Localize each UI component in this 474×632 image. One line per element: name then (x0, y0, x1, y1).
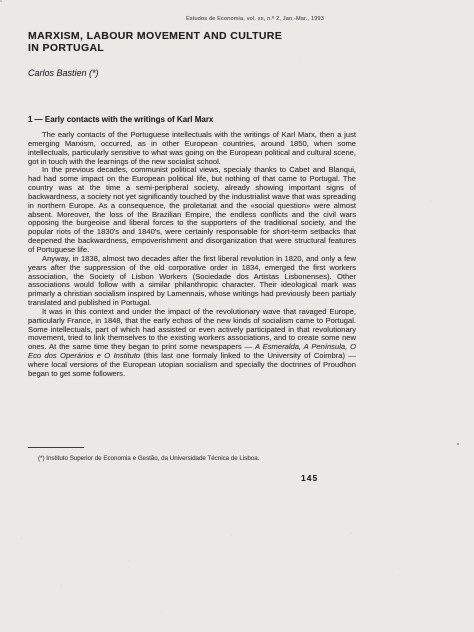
paragraph-text: In the previous decades, communist polit… (28, 165, 356, 254)
article-title-line-2: IN PORTUGAL (28, 43, 368, 55)
author-byline: Carlos Bastien (*) (28, 68, 99, 78)
paragraph-text: Anyway, in 1838, almost two decades afte… (28, 254, 356, 307)
section-heading: 1 — Early contacts with the writings of … (28, 115, 368, 124)
paragraph: It was in this context and under the imp… (28, 308, 356, 379)
footnote: (*) Instituto Superior de Economia e Ges… (38, 455, 348, 462)
footnote-rule (28, 447, 84, 448)
paragraph: In the previous decades, communist polit… (28, 166, 356, 254)
paragraph-text: The early contacts of the Portuguese int… (28, 130, 356, 166)
paper-page: Estudos de Economia, vol. xx, n.º 2, Jan… (0, 0, 474, 632)
scan-speckle (0, 0, 2, 2)
article-title-line-1: MARXISM, LABOUR MOVEMENT AND CULTURE (28, 31, 368, 43)
page-number: 145 (301, 473, 318, 483)
journal-header: Estudos de Economia, vol. xx, n.º 2, Jan… (28, 16, 324, 22)
paragraph: The early contacts of the Portuguese int… (28, 131, 356, 166)
paragraph: Anyway, in 1838, almost two decades afte… (28, 255, 356, 308)
article-title: MARXISM, LABOUR MOVEMENT AND CULTURE IN … (28, 31, 368, 54)
article-body: The early contacts of the Portuguese int… (28, 131, 356, 379)
